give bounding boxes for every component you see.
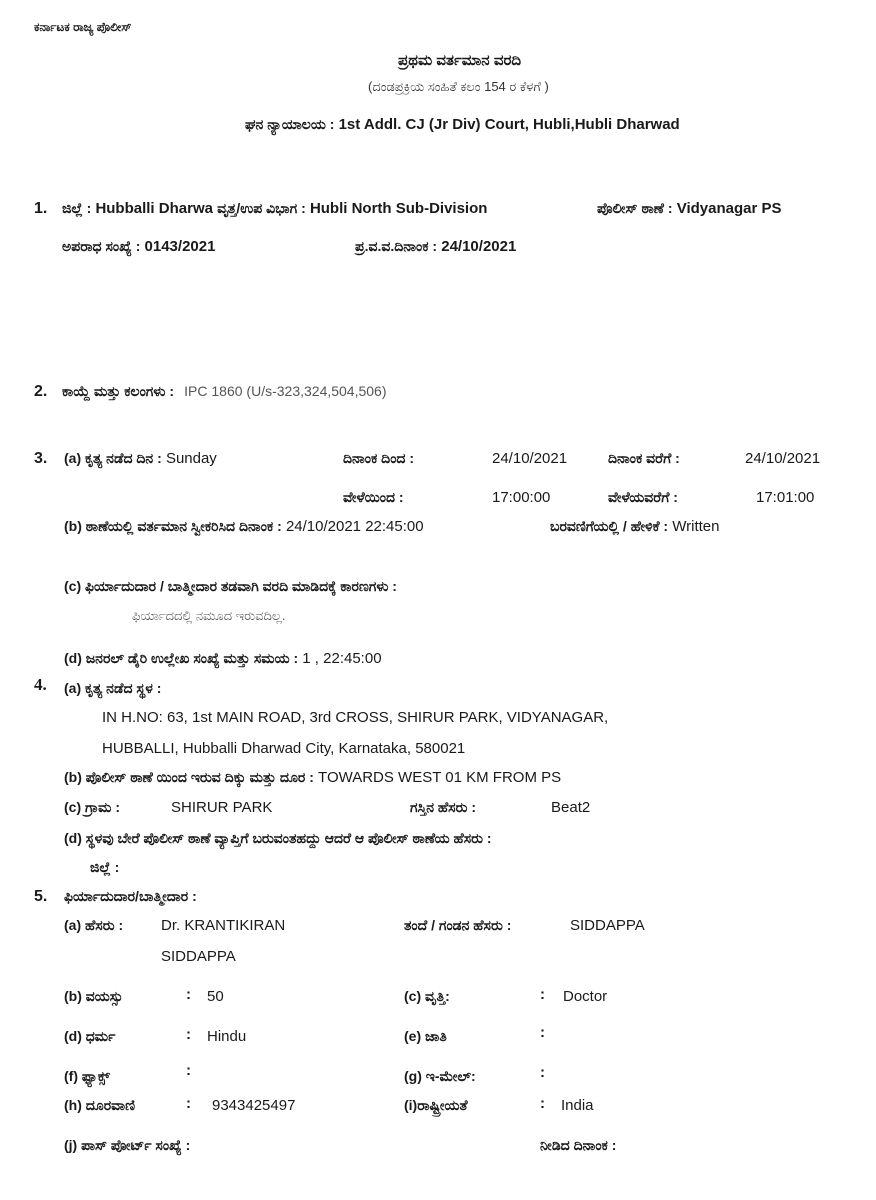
name-value-line-1: Dr. KRANTIKIRAN xyxy=(161,917,285,934)
fir-date-field: ಪ್ರ.ವ.ವ.ದಿನಾಂಕ : 24/10/2021 xyxy=(355,238,516,255)
email-colon: : xyxy=(540,1064,545,1081)
circle-value: Hubli North Sub-Division xyxy=(310,200,488,217)
village-label: (c) ಗ್ರಾಮ : xyxy=(64,799,120,816)
caste-label: (e) ಜಾತಿ xyxy=(404,1028,447,1045)
station-label: ಪೊಲೀಸ್ ಠಾಣೆ : xyxy=(597,200,673,216)
received-date-field: (b) ಠಾಣೆಯಲ್ಲಿ ವರ್ತಮಾನ ಸ್ವೀಕರಿಸಿದ ದಿನಾಂಕ … xyxy=(64,518,424,535)
religion-label: (d) ಧರ್ಮ xyxy=(64,1028,115,1045)
date-to-value: 24/10/2021 xyxy=(745,450,820,467)
court-line: ಘನ ನ್ಯಾಯಾಲಯ : 1st Addl. CJ (Jr Div) Cour… xyxy=(245,116,680,133)
address-line-2: HUBBALLI, Hubballi Dharwad City, Karnata… xyxy=(102,740,465,757)
date-from-label: ದಿನಾಂಕ ದಿಂದ : xyxy=(343,450,414,467)
date-to-label: ದಿನಾಂಕ ವರೆಗೆ : xyxy=(608,450,680,467)
district-field: ಜಿಲ್ಲೆ : Hubballi Dharwa ವೃತ್ತ/ಉಪ ವಿಭಾಗ … xyxy=(62,200,487,217)
section-4-number: 4. xyxy=(34,675,47,695)
offence-day-value: Sunday xyxy=(166,450,217,467)
religion-value: Hindu xyxy=(207,1028,246,1045)
section-3-number: 3. xyxy=(34,450,47,468)
crime-number-value: 0143/2021 xyxy=(145,238,216,255)
beat-value: Beat2 xyxy=(551,799,590,816)
name-label: (a) ಹೆಸರು : xyxy=(64,917,123,934)
section-5-number: 5. xyxy=(34,888,47,906)
complainant-label: ಫಿರ್ಯಾದುದಾರ/ಬಾತ್ಮೀದಾರ : xyxy=(64,888,197,905)
father-name-label: ತಂದೆ / ಗಂಡನ ಹೆಸರು : xyxy=(404,917,511,934)
court-value: 1st Addl. CJ (Jr Div) Court, Hubli,Hubli… xyxy=(339,116,680,133)
date-from-value: 24/10/2021 xyxy=(492,450,567,467)
delay-reason-label: (c) ಫಿರ್ಯಾದುದಾರ / ಬಾತ್ಮೀದಾರ ತಡವಾಗಿ ವರದಿ … xyxy=(64,578,397,595)
general-diary-value: 1 , 22:45:00 xyxy=(302,650,381,667)
crime-number-label: ಅಪರಾಧ ಸಂಖ್ಯೆ : xyxy=(62,238,140,254)
occupation-colon: : xyxy=(540,986,545,1003)
phone-label: (h) ದೂರವಾಣಿ xyxy=(64,1097,135,1114)
nationality-label: (i)ರಾಷ್ಟ್ರೀಯತೆ xyxy=(404,1097,468,1114)
direction-distance-value: TOWARDS WEST 01 KM FROM PS xyxy=(318,769,561,786)
village-value: SHIRUR PARK xyxy=(171,799,272,816)
written-field: ಬರವಣಿಗೆಯಲ್ಲಿ / ಹೇಳಿಕೆ : Written xyxy=(550,518,719,535)
issued-date-label: ನೀಡಿದ ದಿನಾಂಕ : xyxy=(540,1137,616,1154)
section-1-number: 1. xyxy=(34,200,47,218)
district-value: Hubballi Dharwa xyxy=(95,200,213,217)
caste-colon: : xyxy=(540,1024,545,1041)
crime-number-field: ಅಪರಾಧ ಸಂಖ್ಯೆ : 0143/2021 xyxy=(62,238,215,255)
org-name: ಕರ್ನಾಟಕ ರಾಜ್ಯ ಪೊಲೀಸ್ xyxy=(34,20,132,35)
fir-date-label: ಪ್ರ.ವ.ವ.ದಿನಾಂಕ : xyxy=(355,238,437,254)
age-value: 50 xyxy=(207,988,224,1005)
station-field: ಪೊಲೀಸ್ ಠಾಣೆ : Vidyanagar PS xyxy=(597,200,782,217)
phone-colon: : xyxy=(186,1095,191,1112)
offence-day-field: (a) ಕೃತ್ಯ ನಡೆದ ದಿನ : Sunday xyxy=(64,450,217,467)
fax-label: (f) ಫ್ಯಾಕ್ಸ್ xyxy=(64,1068,110,1085)
phone-value: 9343425497 xyxy=(212,1097,295,1114)
nationality-colon: : xyxy=(540,1095,545,1112)
fir-date-value: 24/10/2021 xyxy=(441,238,516,255)
district-label: ಜಿಲ್ಲೆ : xyxy=(62,200,91,216)
age-colon: : xyxy=(186,986,191,1003)
received-date-value: 24/10/2021 22:45:00 xyxy=(286,518,424,535)
time-to-value: 17:01:00 xyxy=(756,489,814,506)
circle-label: ವೃತ್ತ/ಉಪ ವಿಭಾಗ : xyxy=(217,200,306,216)
nationality-value: India xyxy=(561,1097,594,1114)
time-from-label: ವೇಳೆಯಿಂದ : xyxy=(343,489,404,506)
section-2-number: 2. xyxy=(34,383,47,401)
age-label: (b) ವಯಸ್ಸು xyxy=(64,988,123,1005)
court-label: ಘನ ನ್ಯಾಯಾಲಯ : xyxy=(245,116,334,132)
religion-colon: : xyxy=(186,1026,191,1043)
acts-field: ಕಾಯ್ದೆ ಮತ್ತು ಕಲಂಗಳು : IPC 1860 (U/s-323,… xyxy=(62,383,387,400)
address-line-1: IN H.NO: 63, 1st MAIN ROAD, 3rd CROSS, S… xyxy=(102,709,608,726)
general-diary-label: (d) ಜನರಲ್ ಡೈರಿ ಉಲ್ಲೇಖ ಸಂಖ್ಯೆ ಮತ್ತು ಸಮಯ : xyxy=(64,650,298,666)
name-value-line-2: SIDDAPPA xyxy=(161,948,236,965)
email-label: (g) ಇ-ಮೇಲ್: xyxy=(404,1068,476,1085)
direction-distance-label: (b) ಪೊಲೀಸ್ ಠಾಣೆ ಯಿಂದ ಇರುವ ದಿಕ್ಕು ಮತ್ತು ದ… xyxy=(64,769,314,785)
acts-label: ಕಾಯ್ದೆ ಮತ್ತು ಕಲಂಗಳು : xyxy=(62,383,174,399)
beat-label: ಗಸ್ತಿನ ಹೆಸರು : xyxy=(410,799,476,816)
fax-colon: : xyxy=(186,1062,191,1079)
written-label: ಬರವಣಿಗೆಯಲ್ಲಿ / ಹೇಳಿಕೆ : xyxy=(550,518,668,534)
passport-label: (j) ಪಾಸ್ ಪೋರ್ಟ್ ಸಂಖ್ಯೆ : xyxy=(64,1137,190,1154)
acts-value: IPC 1860 (U/s-323,324,504,506) xyxy=(184,383,386,399)
offence-day-label: (a) ಕೃತ್ಯ ನಡೆದ ದಿನ : xyxy=(64,450,162,466)
time-from-value: 17:00:00 xyxy=(492,489,550,506)
direction-distance-field: (b) ಪೊಲೀಸ್ ಠಾಣೆ ಯಿಂದ ಇರುವ ದಿಕ್ಕು ಮತ್ತು ದ… xyxy=(64,769,561,786)
document-subtitle: (ದಂಡಪ್ರಕ್ರಿಯ ಸಂಹಿತೆ ಕಲಂ 154 ರ ಕೆಳಗೆ ) xyxy=(368,79,549,95)
time-to-label: ವೇಳೆಯವರೆಗೆ : xyxy=(608,489,678,506)
station-value: Vidyanagar PS xyxy=(677,200,782,217)
other-district-label: ಜಿಲ್ಲೆ : xyxy=(90,859,119,876)
place-of-offence-label: (a) ಕೃತ್ಯ ನಡೆದ ಸ್ಥಳ : xyxy=(64,680,161,697)
document-title: ಪ್ರಥಮ ವರ್ತಮಾನ ವರದಿ xyxy=(398,52,521,69)
occupation-label: (c) ವೃತ್ತಿ: xyxy=(404,988,450,1005)
delay-reason-value: ಫಿರ್ಯಾದದಲ್ಲಿ ನಮೂದ ಇರುವದಿಲ್ಲ. xyxy=(132,608,286,624)
occupation-value: Doctor xyxy=(563,988,607,1005)
received-date-label: (b) ಠಾಣೆಯಲ್ಲಿ ವರ್ತಮಾನ ಸ್ವೀಕರಿಸಿದ ದಿನಾಂಕ … xyxy=(64,518,282,534)
written-value: Written xyxy=(672,518,719,535)
other-station-label: (d) ಸ್ಥಳವು ಬೇರೆ ಪೊಲೀಸ್ ಠಾಣೆ ವ್ಯಾಪ್ತಿಗೆ ಬ… xyxy=(64,830,492,847)
father-name-value: SIDDAPPA xyxy=(570,917,645,934)
general-diary-field: (d) ಜನರಲ್ ಡೈರಿ ಉಲ್ಲೇಖ ಸಂಖ್ಯೆ ಮತ್ತು ಸಮಯ :… xyxy=(64,650,382,667)
